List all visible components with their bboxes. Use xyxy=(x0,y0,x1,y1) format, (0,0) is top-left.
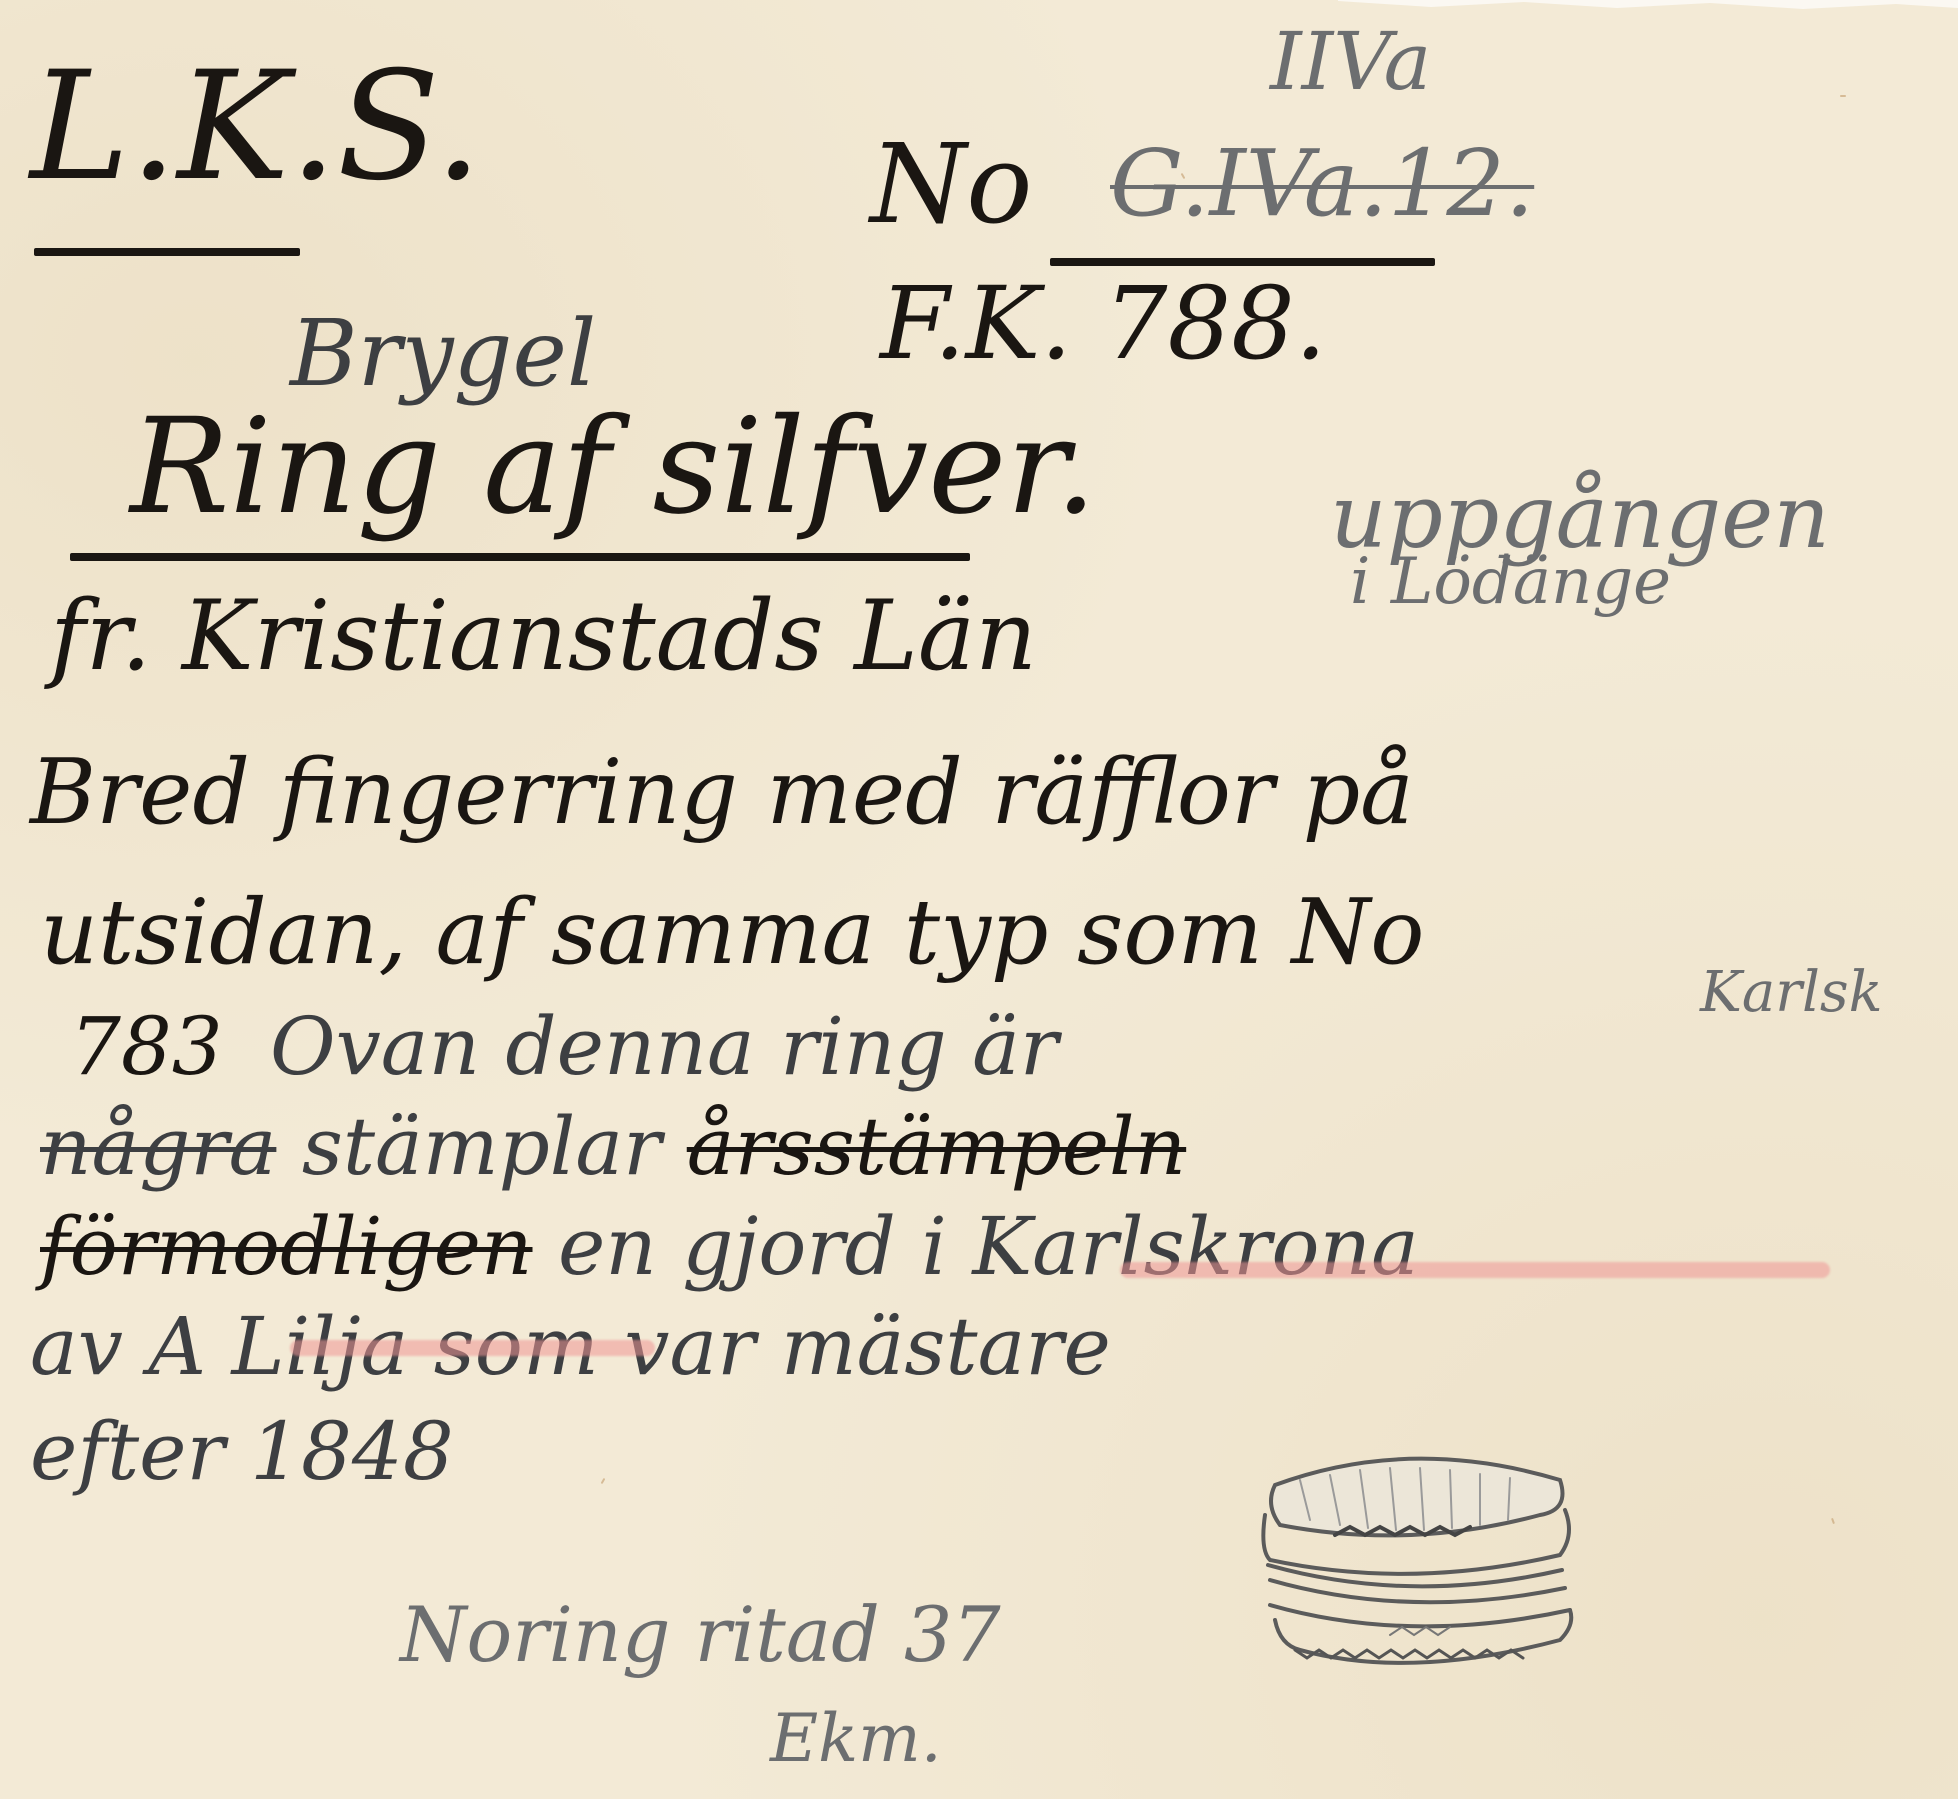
paper-fleck xyxy=(1840,95,1846,97)
description-line-1: Bred fingerring med räfflor på xyxy=(30,740,1414,845)
collection-mark-underline xyxy=(34,248,300,256)
description-line-7: efter 1848 xyxy=(30,1405,454,1498)
catalogue-card: L.K.S. IIVa No G.IVa.12. F.K. 788. Bryge… xyxy=(0,0,1958,1799)
struck-word: förmodligen xyxy=(40,1200,533,1293)
paper-fleck xyxy=(601,1478,606,1484)
number-label: No xyxy=(870,120,1032,248)
description-line-3: Ovan denna ring är xyxy=(270,1000,1058,1093)
number-value-struck: G.IVa.12. xyxy=(1110,130,1534,237)
red-pencil-underline xyxy=(1120,1262,1830,1278)
provenance: fr. Kristianstads Län xyxy=(50,580,1037,692)
title-underline xyxy=(70,553,970,561)
object-title: Ring af silfver. xyxy=(130,390,1097,544)
side-note-line2: i Lödänge xyxy=(1350,545,1671,619)
line-4-text: stämplar xyxy=(302,1100,662,1193)
red-pencil-underline xyxy=(290,1340,655,1356)
description-line-5: förmodligen en gjord i Karlskrona xyxy=(40,1200,1419,1293)
struck-word: några xyxy=(40,1100,276,1193)
ring-sketch-icon xyxy=(1240,1440,1580,1680)
torn-paper-edge xyxy=(1338,0,1958,10)
description-line-4: några stämplar årsstämpeln xyxy=(40,1100,1186,1193)
classification-pencil: IIVa xyxy=(1270,15,1431,108)
signature: Ekm. xyxy=(770,1700,942,1777)
drawing-note: Noring ritad 37 xyxy=(400,1590,1001,1679)
catalogue-ref: F.K. 788. xyxy=(880,265,1327,382)
struck-word: årsstämpeln xyxy=(687,1100,1186,1193)
description-line-2: utsidan, af samma typ som No xyxy=(40,880,1424,985)
reference-number: 783 xyxy=(70,1000,223,1093)
line-5-text: en gjord i Karlskrona xyxy=(558,1200,1419,1293)
collection-mark: L.K.S. xyxy=(30,40,482,214)
description-insert: Karlsk xyxy=(1700,960,1883,1025)
paper-fleck xyxy=(1831,1518,1835,1524)
